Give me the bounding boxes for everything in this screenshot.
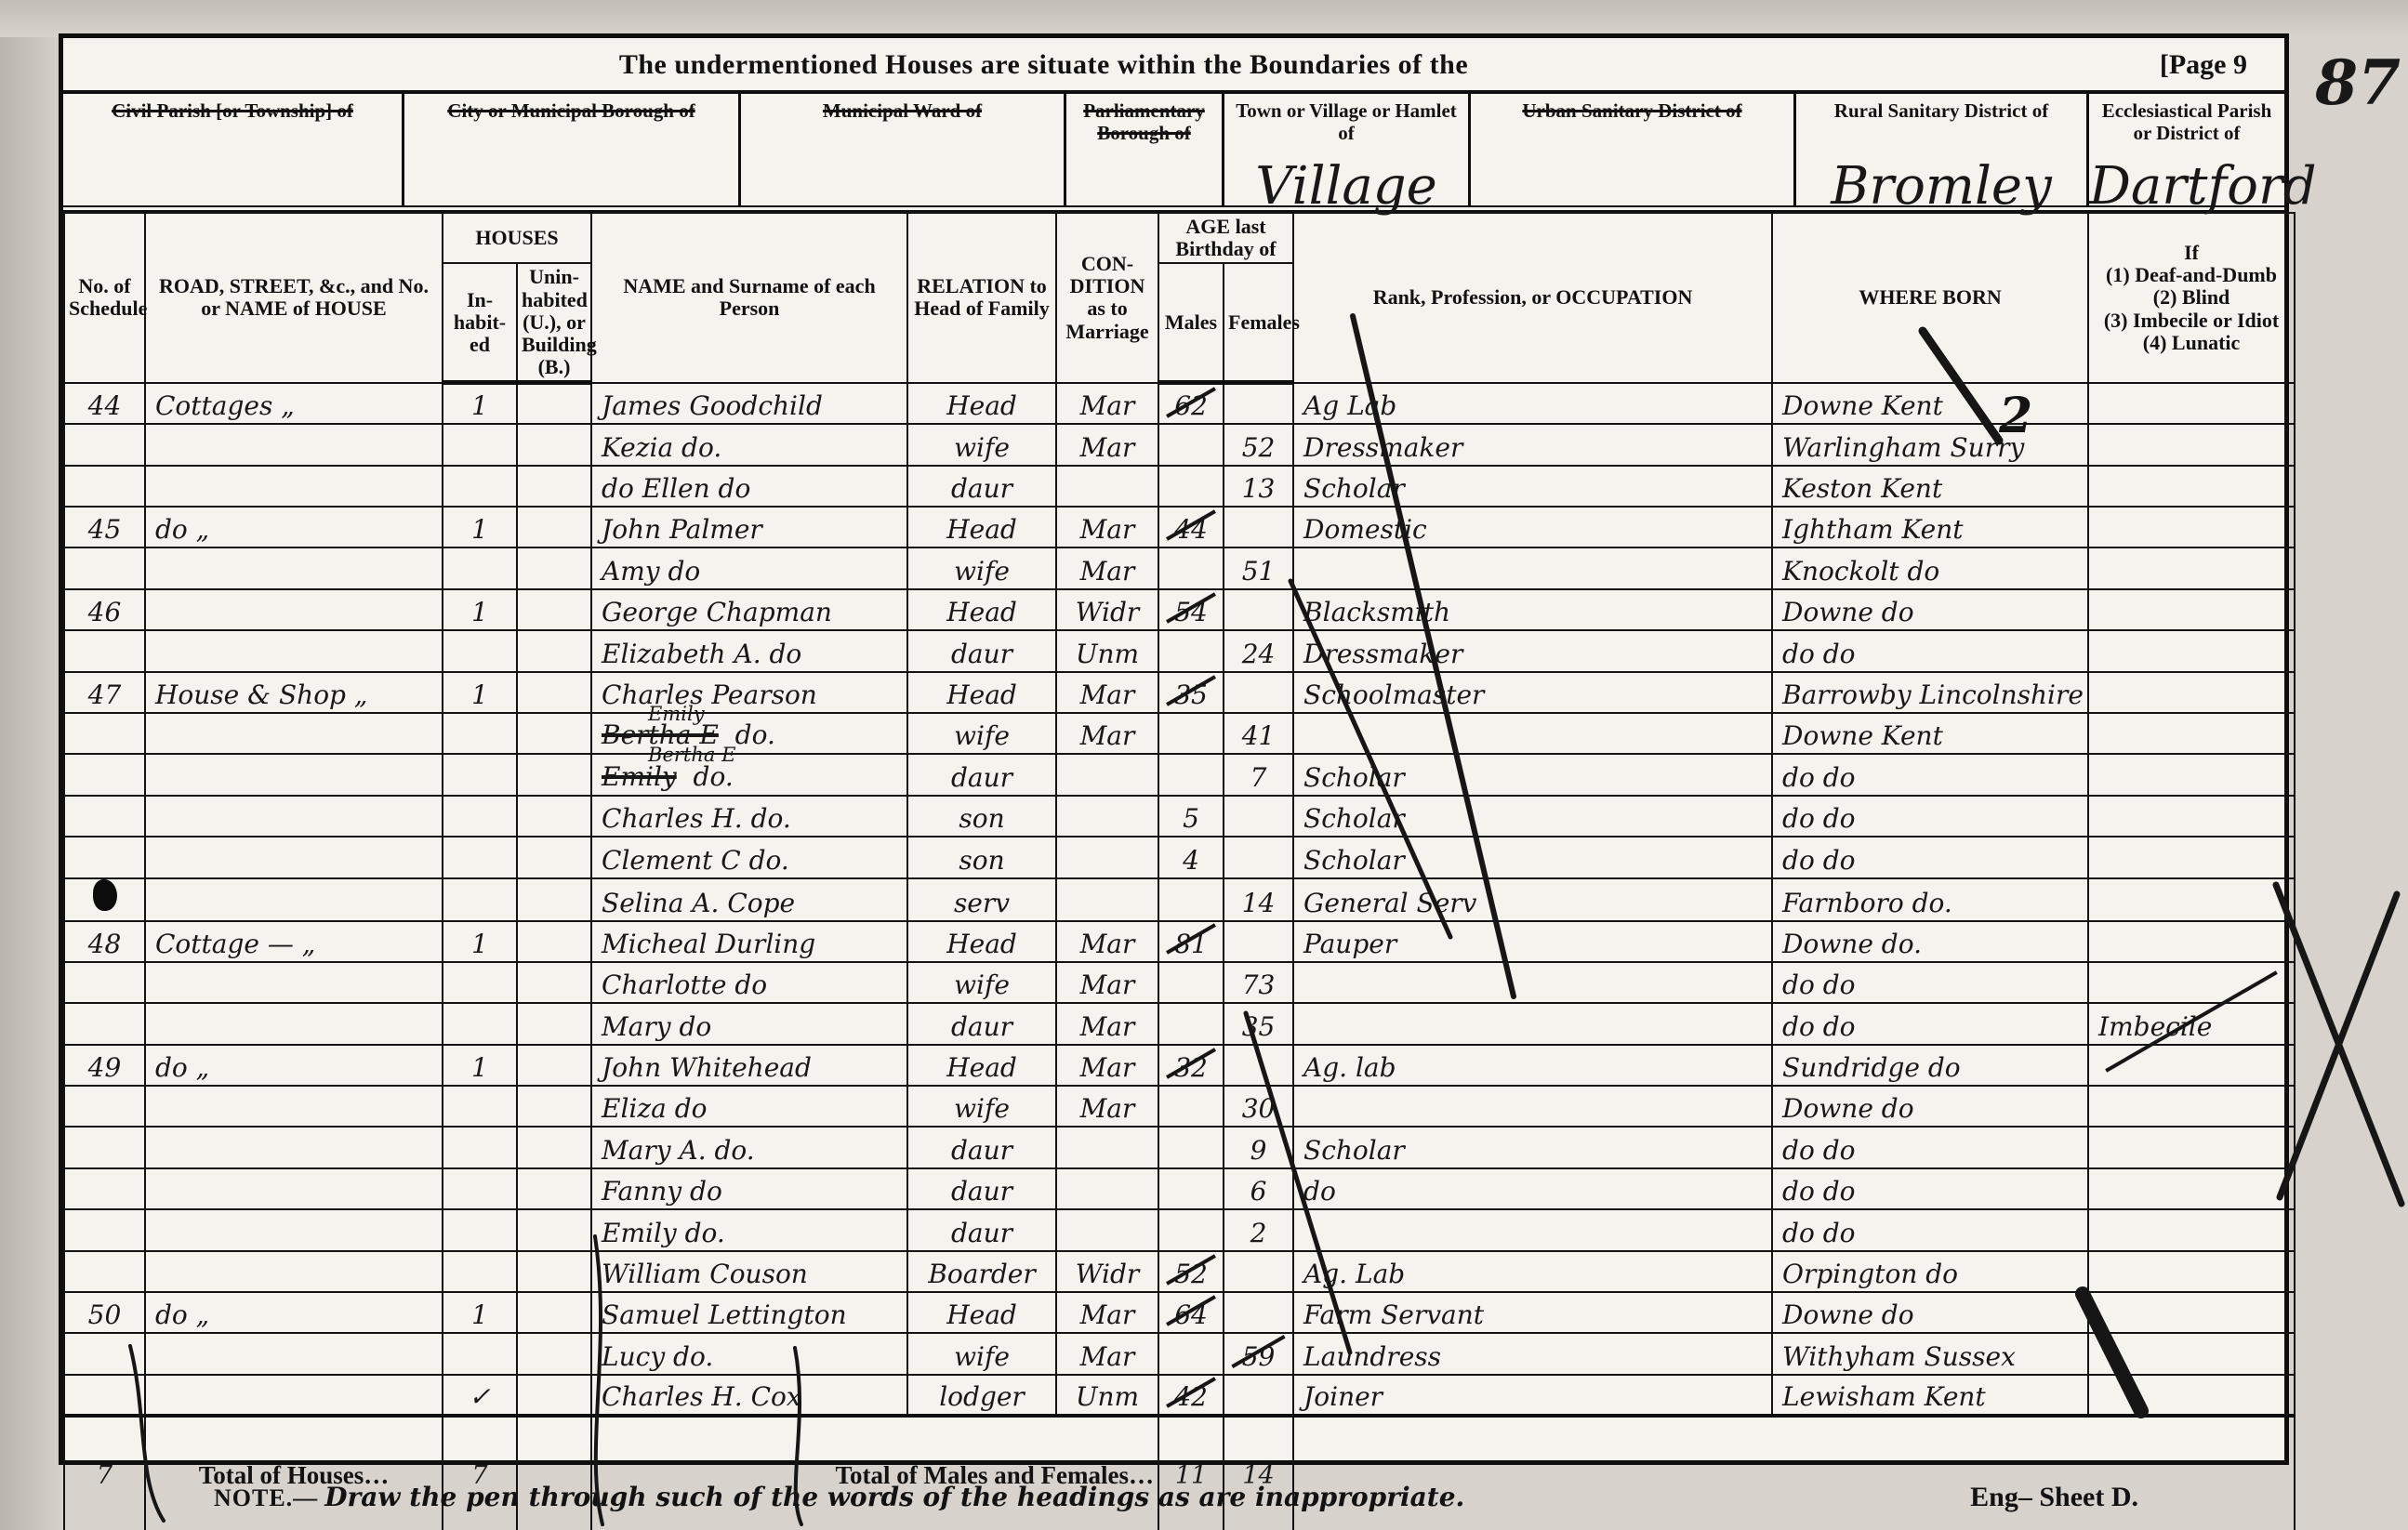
- cell-inh: ✓: [443, 1375, 517, 1416]
- cell-cond: [1056, 837, 1158, 877]
- cell-schedule: 49: [64, 1045, 145, 1086]
- cell-occ: Scholar: [1293, 1127, 1772, 1167]
- cell-m: [1158, 466, 1224, 507]
- cell-uninh: [517, 466, 591, 507]
- cell-rel: wife: [907, 547, 1056, 588]
- cell-occ: Ag. lab: [1293, 1045, 1772, 1086]
- cell-m: [1158, 1003, 1224, 1044]
- cell-inh: [443, 1209, 517, 1250]
- cell-cond: Mar: [1056, 507, 1158, 547]
- cell-born: do do: [1772, 1209, 2088, 1250]
- cell-schedule: [64, 878, 145, 921]
- table-row: 47House & Shop „1Charles PearsonHeadMar3…: [64, 672, 2295, 713]
- cell-f: [1224, 507, 1293, 547]
- cell-cond: Unm: [1056, 1375, 1158, 1416]
- table-row: EmilyBertha E do.wifeMar41Downe Kent: [64, 713, 2295, 754]
- cell-road: [145, 424, 443, 465]
- cell-schedule: [64, 466, 145, 507]
- cell-cond: [1056, 1127, 1158, 1167]
- col-houses: HOUSES: [443, 213, 591, 263]
- cell-uninh: [517, 754, 591, 795]
- cell-road: do „: [145, 1045, 443, 1086]
- cell-rel: daur: [907, 1209, 1056, 1250]
- cell-schedule: 44: [64, 383, 145, 424]
- col-relation: RELATION to Head of Family: [907, 213, 1056, 383]
- cell-born: Lewisham Kent: [1772, 1375, 2088, 1416]
- cell-inh: [443, 630, 517, 671]
- loc-urban-sanitary: Urban Sanitary District of: [1471, 94, 1796, 205]
- cell-occ: Scholar: [1293, 466, 1772, 507]
- cell-schedule: 47: [64, 672, 145, 713]
- cell-rel: daur: [907, 1003, 1056, 1044]
- cell-uninh: [517, 1251, 591, 1292]
- note-text: Draw the pen through such of the words o…: [324, 1482, 1464, 1512]
- cell-road: [145, 1209, 443, 1250]
- cell-schedule: [64, 1086, 145, 1127]
- cell-inf: [2088, 630, 2295, 671]
- cell-rel: serv: [907, 878, 1056, 921]
- cell-name: Elizabeth A. do: [591, 630, 907, 671]
- cell-rel: Head: [907, 1292, 1056, 1333]
- cell-inh: [443, 1086, 517, 1127]
- cell-m: [1158, 713, 1224, 754]
- cell-road: [145, 962, 443, 1003]
- table-row: Bertha EEmily do.daur7Scholardo do: [64, 754, 2295, 795]
- title-band: The undermentioned Houses are situate wi…: [63, 38, 2284, 94]
- cell-rel: daur: [907, 1127, 1056, 1167]
- cell-born: Downe do.: [1772, 921, 2088, 962]
- loc-parliamentary-borough: Parliamentary Borough of: [1066, 94, 1224, 205]
- cell-cond: [1056, 466, 1158, 507]
- cell-rel: Head: [907, 383, 1056, 424]
- cell-road: [145, 547, 443, 588]
- cell-born: Farnboro do.: [1772, 878, 2088, 921]
- cell-rel: wife: [907, 424, 1056, 465]
- cell-name: do Ellen do: [591, 466, 907, 507]
- cell-born: Warlingham Surry: [1772, 424, 2088, 465]
- cell-schedule: [64, 1251, 145, 1292]
- cell-road: [145, 589, 443, 630]
- note-word: NOTE.—: [214, 1484, 318, 1511]
- cell-inf: [2088, 1168, 2295, 1209]
- col-uninhabited: Unin-habited (U.), or Building (B.): [517, 263, 591, 382]
- col-males: Males: [1158, 263, 1224, 382]
- loc-municipal-ward: Municipal Ward of: [741, 94, 1066, 205]
- cell-born: do do: [1772, 630, 2088, 671]
- cell-cond: Mar: [1056, 962, 1158, 1003]
- col-road: ROAD, STREET, &c., and No. or NAME of HO…: [145, 213, 443, 383]
- cell-m: [1158, 630, 1224, 671]
- cell-cond: Mar: [1056, 1333, 1158, 1374]
- loc-ecclesiastical: Ecclesiastical Parish or District of Dar…: [2089, 94, 2284, 205]
- cell-inh: [443, 547, 517, 588]
- cell-inf: Imbecile: [2088, 1003, 2295, 1044]
- cell-born: Withyham Sussex: [1772, 1333, 2088, 1374]
- cell-inf: [2088, 1292, 2295, 1333]
- folio-number: 87: [2315, 46, 2401, 119]
- cell-road: do „: [145, 507, 443, 547]
- cell-born: Downe do: [1772, 1086, 2088, 1127]
- cell-born: do do: [1772, 1127, 2088, 1167]
- cell-inh: 1: [443, 589, 517, 630]
- cell-occ: Pauper: [1293, 921, 1772, 962]
- cell-inf: [2088, 1251, 2295, 1292]
- cell-born: Downe do: [1772, 589, 2088, 630]
- cell-road: [145, 878, 443, 921]
- cell-born: Orpington do: [1772, 1251, 2088, 1292]
- cell-inh: 1: [443, 1045, 517, 1086]
- cell-name: Charles H. Cox: [591, 1375, 907, 1416]
- cell-uninh: [517, 921, 591, 962]
- cell-cond: Mar: [1056, 713, 1158, 754]
- cell-inf: [2088, 589, 2295, 630]
- cell-inf: [2088, 672, 2295, 713]
- cell-schedule: [64, 1209, 145, 1250]
- cell-born: do do: [1772, 796, 2088, 837]
- cell-m: 62: [1158, 383, 1224, 424]
- cell-road: [145, 1086, 443, 1127]
- cell-f: [1224, 1375, 1293, 1416]
- cell-f: [1224, 589, 1293, 630]
- table-row: 49do „1John WhiteheadHeadMar32Ag. labSun…: [64, 1045, 2295, 1086]
- col-occupation: Rank, Profession, or OCCUPATION: [1293, 213, 1772, 383]
- cell-inh: [443, 1333, 517, 1374]
- cell-inf: [2088, 547, 2295, 588]
- name-correction: Bertha E: [648, 745, 735, 765]
- cell-inf: [2088, 1375, 2295, 1416]
- table-row: ✓Charles H. CoxlodgerUnm42JoinerLewisham…: [64, 1375, 2295, 1416]
- cell-name: John Palmer: [591, 507, 907, 547]
- loc-town-village: Town or Village or Hamlet of Village: [1224, 94, 1471, 205]
- cell-m: 4: [1158, 837, 1224, 877]
- cell-uninh: [517, 630, 591, 671]
- cell-m: 35: [1158, 672, 1224, 713]
- cell-inh: [443, 962, 517, 1003]
- cell-schedule: [64, 547, 145, 588]
- cell-uninh: [517, 1003, 591, 1044]
- cell-f: [1224, 921, 1293, 962]
- cell-m: [1158, 1333, 1224, 1374]
- cell-schedule: [64, 1003, 145, 1044]
- cell-schedule: [64, 424, 145, 465]
- cell-name: John Whitehead: [591, 1045, 907, 1086]
- cell-name: James Goodchild: [591, 383, 907, 424]
- cell-f: 9: [1224, 1127, 1293, 1167]
- cell-f: 35: [1224, 1003, 1293, 1044]
- table-row: Emily do.daur2do do: [64, 1209, 2295, 1250]
- cell-born: do do: [1772, 1168, 2088, 1209]
- cell-road: [145, 466, 443, 507]
- cell-road: [145, 713, 443, 754]
- cell-born: do do: [1772, 754, 2088, 795]
- cell-f: 73: [1224, 962, 1293, 1003]
- cell-cond: Mar: [1056, 424, 1158, 465]
- cell-inh: [443, 878, 517, 921]
- cell-uninh: [517, 672, 591, 713]
- cell-schedule: [64, 754, 145, 795]
- col-condition: CON-DITION as to Marriage: [1056, 213, 1158, 383]
- cell-schedule: [64, 630, 145, 671]
- cell-uninh: [517, 1168, 591, 1209]
- location-header: Civil Parish [or Township] of City or Mu…: [63, 94, 2284, 212]
- cell-rel: Head: [907, 921, 1056, 962]
- cell-road: [145, 1251, 443, 1292]
- cell-inh: 1: [443, 383, 517, 424]
- cell-rel: son: [907, 837, 1056, 877]
- cell-name: William Couson: [591, 1251, 907, 1292]
- page-number-label: [Page 9: [2160, 49, 2247, 81]
- cell-name: Bertha EEmily do.: [591, 754, 907, 795]
- sheet-label: Eng– Sheet D.: [1970, 1482, 2138, 1513]
- cell-rel: Head: [907, 589, 1056, 630]
- cell-born: do do: [1772, 1003, 2088, 1044]
- cell-road: [145, 1127, 443, 1167]
- cell-schedule: 50: [64, 1292, 145, 1333]
- table-row: Charles H. do.son5Scholardo do: [64, 796, 2295, 837]
- cell-occ: Domestic: [1293, 507, 1772, 547]
- pen-x-imbecile-2: [2280, 894, 2397, 1197]
- cell-inh: 1: [443, 1292, 517, 1333]
- table-row: do Ellen dodaur13ScholarKeston Kent: [64, 466, 2295, 507]
- cell-born: do do: [1772, 837, 2088, 877]
- cell-name: Emily do.: [591, 1209, 907, 1250]
- cell-inh: [443, 754, 517, 795]
- cell-name: Eliza do: [591, 1086, 907, 1127]
- cell-inf: [2088, 796, 2295, 837]
- loc-municipal-borough: City or Municipal Borough of: [404, 94, 741, 205]
- cell-f: 51: [1224, 547, 1293, 588]
- cell-m: [1158, 754, 1224, 795]
- cell-occ: Scholar: [1293, 754, 1772, 795]
- table-row: 44Cottages „1James GoodchildHeadMar62Ag …: [64, 383, 2295, 424]
- table-row: 461George ChapmanHeadWidr54BlacksmithDow…: [64, 589, 2295, 630]
- cell-inh: [443, 1127, 517, 1167]
- census-rows: 44Cottages „1James GoodchildHeadMar62Ag …: [64, 383, 2295, 1416]
- cell-born: Sundridge do: [1772, 1045, 2088, 1086]
- cell-cond: [1056, 1168, 1158, 1209]
- cell-cond: Mar: [1056, 1003, 1158, 1044]
- cell-m: 44: [1158, 507, 1224, 547]
- cell-inh: [443, 1003, 517, 1044]
- cell-occ: Schoolmaster: [1293, 672, 1772, 713]
- table-row: 45do „1John PalmerHeadMar44DomesticIghth…: [64, 507, 2295, 547]
- cell-inh: [443, 796, 517, 837]
- cell-rel: Boarder: [907, 1251, 1056, 1292]
- ink-blot: [93, 879, 117, 911]
- cell-uninh: [517, 547, 591, 588]
- cell-m: [1158, 878, 1224, 921]
- cell-occ: Scholar: [1293, 796, 1772, 837]
- cell-cond: [1056, 754, 1158, 795]
- cell-name: Fanny do: [591, 1168, 907, 1209]
- cell-uninh: [517, 796, 591, 837]
- cell-inf: [2088, 921, 2295, 962]
- table-row: Charlotte dowifeMar73do do: [64, 962, 2295, 1003]
- cell-occ: Ag. Lab: [1293, 1251, 1772, 1292]
- cell-f: 7: [1224, 754, 1293, 795]
- cell-uninh: [517, 1209, 591, 1250]
- cell-inf: [2088, 1333, 2295, 1374]
- cell-road: [145, 1375, 443, 1416]
- cell-road: [145, 1333, 443, 1374]
- cell-f: [1224, 796, 1293, 837]
- cell-name: Micheal Durling: [591, 921, 907, 962]
- cell-inh: 1: [443, 507, 517, 547]
- cell-schedule: 45: [64, 507, 145, 547]
- cell-uninh: [517, 1333, 591, 1374]
- cell-name: Charlotte do: [591, 962, 907, 1003]
- cell-f: 13: [1224, 466, 1293, 507]
- cell-road: do „: [145, 1292, 443, 1333]
- cell-rel: daur: [907, 466, 1056, 507]
- cell-m: 81: [1158, 921, 1224, 962]
- cell-road: [145, 754, 443, 795]
- cell-rel: son: [907, 796, 1056, 837]
- cell-schedule: [64, 796, 145, 837]
- cell-m: [1158, 1127, 1224, 1167]
- cell-f: 2: [1224, 1209, 1293, 1250]
- cell-schedule: [64, 837, 145, 877]
- cell-name: Mary A. do.: [591, 1127, 907, 1167]
- town-village-value: Village: [1224, 156, 1468, 217]
- table-row: 48Cottage — „1Micheal DurlingHeadMar81Pa…: [64, 921, 2295, 962]
- table-row: Kezia do.wifeMar52DressmakerWarlingham S…: [64, 424, 2295, 465]
- cell-cond: Widr: [1056, 1251, 1158, 1292]
- cell-inh: [443, 1251, 517, 1292]
- cell-schedule: [64, 1168, 145, 1209]
- cell-road: House & Shop „: [145, 672, 443, 713]
- table-row: Selina A. Copeserv14General ServFarnboro…: [64, 878, 2295, 921]
- cell-schedule: [64, 713, 145, 754]
- table-header: No. of Schedule ROAD, STREET, &c., and N…: [64, 213, 2295, 383]
- cell-rel: wife: [907, 1333, 1056, 1374]
- cell-occ: do: [1293, 1168, 1772, 1209]
- cell-occ: Ag Lab: [1293, 383, 1772, 424]
- col-females: Females: [1224, 263, 1293, 382]
- cell-m: 32: [1158, 1045, 1224, 1086]
- cell-name: Charles H. do.: [591, 796, 907, 837]
- cell-rel: daur: [907, 754, 1056, 795]
- cell-occ: [1293, 962, 1772, 1003]
- cell-name: Amy do: [591, 547, 907, 588]
- cell-inf: [2088, 962, 2295, 1003]
- cell-inh: 1: [443, 672, 517, 713]
- cell-schedule: [64, 962, 145, 1003]
- cell-f: [1224, 1292, 1293, 1333]
- cell-born: Keston Kent: [1772, 466, 2088, 507]
- cell-f: 52: [1224, 424, 1293, 465]
- cell-inf: [2088, 754, 2295, 795]
- cell-born: do do: [1772, 962, 2088, 1003]
- cell-road: Cottages „: [145, 383, 443, 424]
- cell-inf: [2088, 1086, 2295, 1127]
- cell-occ: [1293, 1003, 1772, 1044]
- cell-road: [145, 630, 443, 671]
- cell-f: [1224, 672, 1293, 713]
- cell-uninh: [517, 383, 591, 424]
- cell-m: 52: [1158, 1251, 1224, 1292]
- cell-uninh: [517, 1045, 591, 1086]
- cell-cond: Mar: [1056, 672, 1158, 713]
- cell-cond: Mar: [1056, 1292, 1158, 1333]
- cell-born: Knockolt do: [1772, 547, 2088, 588]
- cell-name: Charles Pearson: [591, 672, 907, 713]
- cell-inf: [2088, 878, 2295, 921]
- cell-m: [1158, 424, 1224, 465]
- cell-inf: [2088, 466, 2295, 507]
- footer-note: NOTE.— Draw the pen through such of the …: [214, 1482, 1464, 1513]
- cell-f: 14: [1224, 878, 1293, 921]
- cell-road: [145, 796, 443, 837]
- cell-f: 59: [1224, 1333, 1293, 1374]
- col-infirmity: If (1) Deaf-and-Dumb (2) Blind (3) Imbec…: [2088, 213, 2295, 383]
- cell-uninh: [517, 1375, 591, 1416]
- cell-inh: [443, 466, 517, 507]
- cell-name: George Chapman: [591, 589, 907, 630]
- cell-m: 42: [1158, 1375, 1224, 1416]
- totals-schedule: 7: [64, 1416, 145, 1530]
- cell-inf: [2088, 837, 2295, 877]
- table-row: Fanny dodaur6dodo do: [64, 1168, 2295, 1209]
- col-name: NAME and Surname of each Person: [591, 213, 907, 383]
- cell-rel: lodger: [907, 1375, 1056, 1416]
- cell-occ: Blacksmith: [1293, 589, 1772, 630]
- cell-occ: [1293, 1209, 1772, 1250]
- cell-m: [1158, 547, 1224, 588]
- cell-f: 41: [1224, 713, 1293, 754]
- cell-inf: [2088, 507, 2295, 547]
- cell-name: EmilyBertha E do.: [591, 713, 907, 754]
- cell-inf: [2088, 1127, 2295, 1167]
- table-row: William CousonBoarderWidr52Ag. LabOrping…: [64, 1251, 2295, 1292]
- cell-schedule: [64, 1127, 145, 1167]
- cell-uninh: [517, 1292, 591, 1333]
- cell-name: Kezia do.: [591, 424, 907, 465]
- cell-inh: [443, 713, 517, 754]
- census-form: The undermentioned Houses are situate wi…: [59, 33, 2289, 1465]
- cell-born: Downe Kent: [1772, 713, 2088, 754]
- cell-cond: Mar: [1056, 921, 1158, 962]
- cell-name: Clement C do.: [591, 837, 907, 877]
- cell-m: 54: [1158, 589, 1224, 630]
- cell-occ: [1293, 713, 1772, 754]
- cell-f: [1224, 1251, 1293, 1292]
- name-correction: Emily: [648, 705, 705, 724]
- cell-occ: Farm Servant: [1293, 1292, 1772, 1333]
- census-page-scan: 87 The undermentioned Houses are situate…: [0, 0, 2408, 1530]
- cell-occ: [1293, 1086, 1772, 1127]
- cell-schedule: [64, 1375, 145, 1416]
- cell-uninh: [517, 1127, 591, 1167]
- cell-occ: Laundress: [1293, 1333, 1772, 1374]
- cell-rel: daur: [907, 1168, 1056, 1209]
- col-inhabited: In-habit-ed: [443, 263, 517, 382]
- cell-road: [145, 837, 443, 877]
- table-row: 50do „1Samuel LettingtonHeadMar64Farm Se…: [64, 1292, 2295, 1333]
- cell-f: 30: [1224, 1086, 1293, 1127]
- cell-uninh: [517, 507, 591, 547]
- cell-cond: Unm: [1056, 630, 1158, 671]
- cell-occ: General Serv: [1293, 878, 1772, 921]
- cell-m: 5: [1158, 796, 1224, 837]
- cell-uninh: [517, 878, 591, 921]
- cell-rel: daur: [907, 630, 1056, 671]
- cell-cond: Widr: [1056, 589, 1158, 630]
- cell-name: Lucy do.: [591, 1333, 907, 1374]
- cell-cond: Mar: [1056, 1045, 1158, 1086]
- cell-born: Ightham Kent: [1772, 507, 2088, 547]
- form-title: The undermentioned Houses are situate wi…: [63, 49, 2024, 81]
